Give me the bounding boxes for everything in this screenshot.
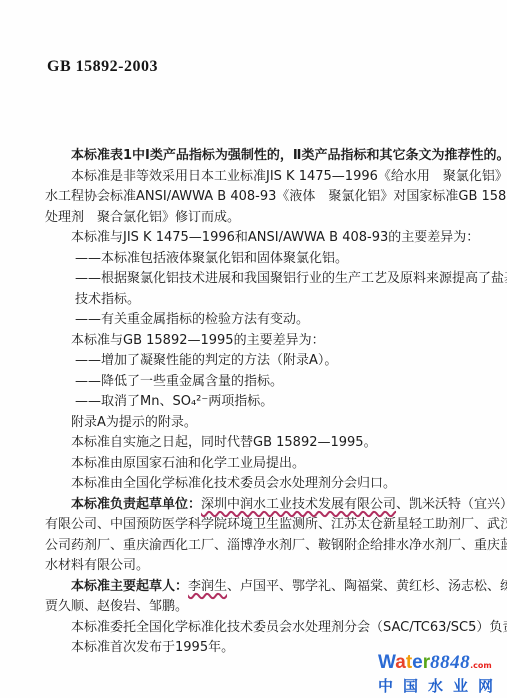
doc-lines: 本标准表1中Ⅰ类产品指标为强制性的，Ⅱ类产品指标和其它条文为推荐性的。本标准是非…: [45, 146, 495, 659]
doc-text: 本标准与JIS K 1475—1996和ANSI/AWWA B 408-93的主…: [71, 230, 479, 245]
doc-line: ——有关重金属指标的检验方法有变动。: [45, 310, 495, 331]
doc-text: 贾久顺、赵俊岩、邹鹏。: [45, 599, 188, 614]
doc-line: 附录A为提示的附录。: [45, 413, 495, 434]
doc-line: 本标准表1中Ⅰ类产品指标为强制性的，Ⅱ类产品指标和其它条文为推荐性的。: [45, 146, 495, 167]
foreword-text-block: 本标准表1中Ⅰ类产品指标为强制性的，Ⅱ类产品指标和其它条文为推荐性的。本标准是非…: [45, 146, 495, 659]
doc-text: 附录A为提示的附录。: [71, 415, 197, 430]
brand-letter: a: [395, 652, 406, 673]
doc-line: 本标准负责起草单位：深圳中润水工业技术发展有限公司、凯米沃特（宜兴）净化剂: [45, 495, 495, 516]
doc-line: ——根据聚氯化铝技术进展和我国聚铝行业的生产工艺及原料来源提高了盐基度的: [45, 269, 495, 290]
annotated-text: 李润生: [188, 579, 227, 594]
doc-text: ——取消了Mn、SO₄²⁻两项指标。: [75, 394, 273, 409]
doc-text: 本标准自实施之日起，同时代替GB 15892—1995。: [71, 435, 377, 450]
brand-letter: e: [412, 652, 423, 673]
water8848-logo: Water8848.com: [378, 652, 506, 674]
doc-text: 有限公司、中国预防医学科学院环境卫生监测所、江苏太仓新星轻工助剂厂、武汉自来水: [45, 517, 507, 532]
brand-letter: W: [378, 652, 395, 673]
doc-line: 本标准与JIS K 1475—1996和ANSI/AWWA B 408-93的主…: [45, 228, 495, 249]
doc-text: ——增加了凝聚性能的判定的方法（附录A）。: [75, 353, 337, 368]
doc-text: ——有关重金属指标的检验方法有变动。: [75, 312, 309, 327]
brand-tld: .com: [470, 661, 492, 670]
doc-text: 公司药剂厂、重庆渝西化工厂、淄博净水剂厂、鞍钢附企给排水净水剂厂、重庆蓝洁自来: [45, 538, 507, 553]
doc-line: 本标准由全国化学标准化技术委员会水处理剂分会归口。: [45, 474, 495, 495]
brand-word: Water: [378, 653, 430, 672]
doc-text: 本标准由全国化学标准化技术委员会水处理剂分会归口。: [71, 476, 396, 491]
doc-line: 水工程协会标准ANSI/AWWA B 408-93《液体 聚氯化铝》对国家标准G…: [45, 187, 495, 208]
doc-line: ——增加了凝聚性能的判定的方法（附录A）。: [45, 351, 495, 372]
doc-line: ——降低了一些重金属含量的指标。: [45, 372, 495, 393]
doc-line: 本标准由原国家石油和化学工业局提出。: [45, 454, 495, 475]
doc-line: 本标准自实施之日起，同时代替GB 15892—1995。: [45, 433, 495, 454]
doc-text: 处理剂 聚合氯化铝》修订而成。: [45, 210, 240, 225]
doc-line: 处理剂 聚合氯化铝》修订而成。: [45, 208, 495, 229]
standard-number-header: GB 15892-2003: [47, 58, 158, 76]
doc-line: 公司药剂厂、重庆渝西化工厂、淄博净水剂厂、鞍钢附企给排水净水剂厂、重庆蓝洁自来: [45, 536, 495, 557]
doc-line: ——本标准包括液体聚氯化铝和固体聚氯化铝。: [45, 249, 495, 270]
doc-line: 本标准与GB 15892—1995的主要差异为：: [45, 331, 495, 352]
doc-line: 本标准主要起草人：李润生、卢国平、鄂学礼、陶福棠、黄红杉、汤志松、练荣伟、: [45, 577, 495, 598]
doc-text: 、卢国平、鄂学礼、陶福棠、黄红杉、汤志松、练荣伟、: [227, 579, 507, 594]
doc-text: ——本标准包括液体聚氯化铝和固体聚氯化铝。: [75, 251, 348, 266]
doc-text: ——根据聚氯化铝技术进展和我国聚铝行业的生产工艺及原料来源提高了盐基度的: [75, 271, 507, 286]
site-name-label: 中国水业网: [378, 675, 506, 696]
doc-text: 、凯米沃特（宜兴）净化剂: [396, 497, 507, 512]
doc-text: 本标准首次发布于1995年。: [71, 640, 234, 655]
doc-line: 水材料有限公司。: [45, 556, 495, 577]
doc-line: 本标准是非等效采用日本工业标准JIS K 1475—1996《给水用 聚氯化铝》…: [45, 167, 495, 188]
doc-line: 有限公司、中国预防医学科学院环境卫生监测所、江苏太仓新星轻工助剂厂、武汉自来水: [45, 515, 495, 536]
doc-text: 本标准与GB 15892—1995的主要差异为：: [71, 333, 325, 348]
brand-letter: r: [423, 652, 430, 673]
annotated-text: 深圳中润水工业技术发展有限公司: [201, 497, 396, 512]
doc-text: 本标准由原国家石油和化学工业局提出。: [71, 456, 305, 471]
doc-line: 技术指标。: [45, 290, 495, 311]
doc-text: ——降低了一些重金属含量的指标。: [75, 374, 283, 389]
doc-text: 本标准负责起草单位：: [71, 497, 201, 512]
doc-text: 技术指标。: [75, 292, 140, 307]
doc-line: 贾久顺、赵俊岩、邹鹏。: [45, 597, 495, 618]
doc-line: 本标准委托全国化学标准化技术委员会水处理剂分会（SAC/TC63/SC5）负责解…: [45, 618, 495, 639]
doc-text: 本标准是非等效采用日本工业标准JIS K 1475—1996《给水用 聚氯化铝》…: [71, 169, 507, 184]
doc-line: ——取消了Mn、SO₄²⁻两项指标。: [45, 392, 495, 413]
scanned-document-page: GB 15892-2003 本标准表1中Ⅰ类产品指标为强制性的，Ⅱ类产品指标和其…: [0, 0, 507, 698]
doc-text: 本标准表1中Ⅰ类产品指标为强制性的，Ⅱ类产品指标和其它条文为推荐性的。: [71, 148, 507, 163]
doc-text: 本标准主要起草人：: [71, 579, 188, 594]
doc-text: 本标准委托全国化学标准化技术委员会水处理剂分会（SAC/TC63/SC5）负责解…: [71, 620, 507, 635]
brand-number: 8848: [430, 652, 470, 673]
water8848-watermark: Water8848.com 中国水业网: [378, 652, 506, 696]
doc-text: 水工程协会标准ANSI/AWWA B 408-93《液体 聚氯化铝》对国家标准G…: [45, 189, 507, 204]
doc-text: 水材料有限公司。: [45, 558, 149, 573]
